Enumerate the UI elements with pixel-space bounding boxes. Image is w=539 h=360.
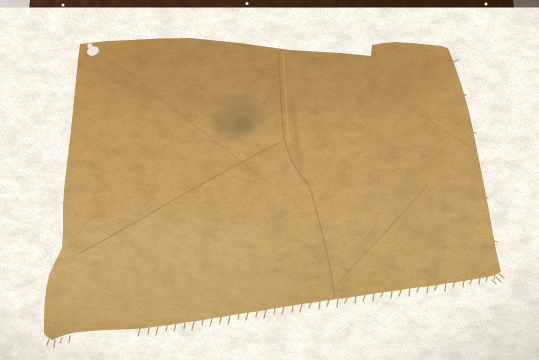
vignette xyxy=(0,0,539,360)
photo-scene xyxy=(0,0,539,360)
museum-photo xyxy=(0,0,539,360)
